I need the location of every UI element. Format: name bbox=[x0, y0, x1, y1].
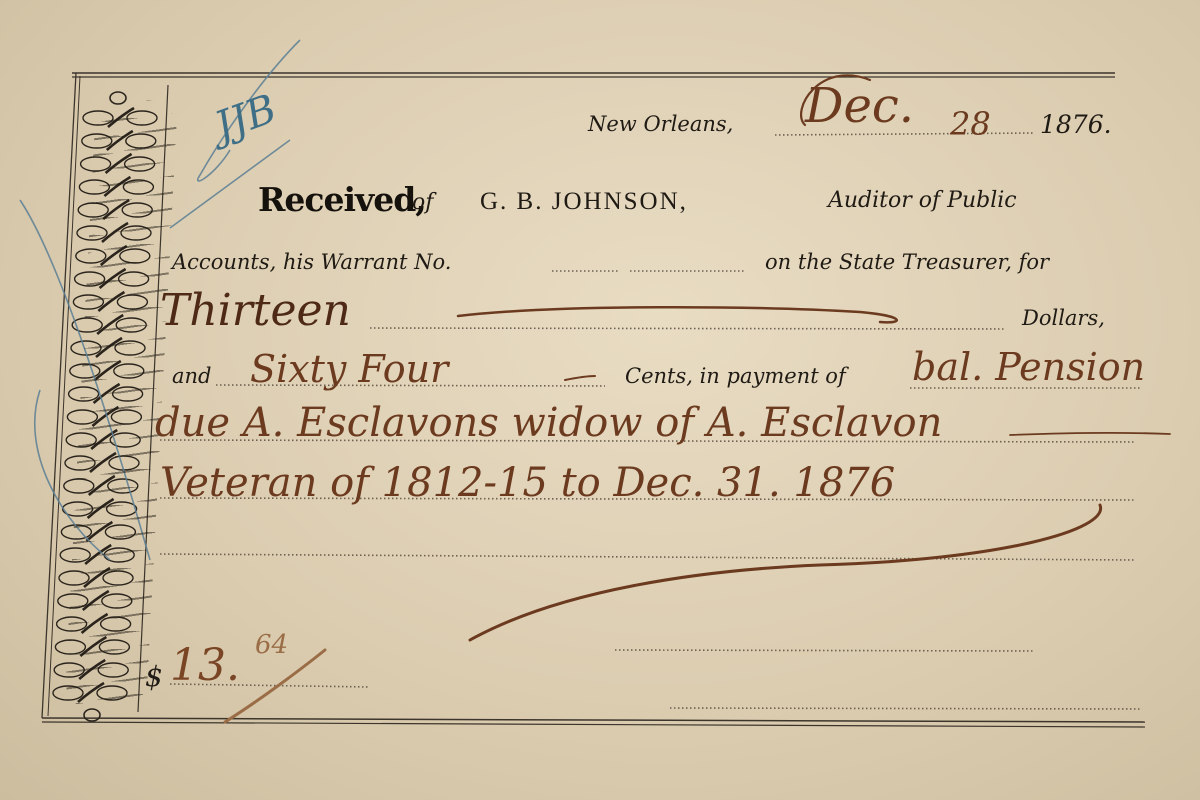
warrant-label: Accounts, his Warrant No. bbox=[172, 250, 451, 274]
payment-purpose-line1: bal. Pension bbox=[912, 345, 1145, 389]
cents-written: Sixty Four bbox=[250, 347, 448, 391]
date-year: 1876. bbox=[1040, 110, 1112, 139]
cents-label: Cents, in payment of bbox=[625, 364, 846, 388]
dollars-label: Dollars, bbox=[1022, 306, 1105, 330]
auditor-title: Auditor of Public bbox=[828, 188, 1017, 213]
amount-dollars: 13. bbox=[170, 640, 240, 691]
date-day: 28 bbox=[950, 105, 991, 143]
dollars-written: Thirteen bbox=[160, 285, 351, 336]
receipt-document: JJB New Orleans, Dec. 28 1876. Received,… bbox=[0, 0, 1200, 800]
payment-purpose-line2: due A. Esclavons widow of A. Esclavon bbox=[155, 400, 942, 446]
amount-cents: 64 bbox=[255, 630, 288, 660]
date-month: Dec. bbox=[805, 78, 914, 134]
dollar-sign: $ bbox=[145, 660, 163, 693]
of-label: of bbox=[412, 190, 433, 215]
received-heading: Received, bbox=[258, 180, 426, 219]
and-label: and bbox=[172, 364, 212, 388]
treasurer-label: on the State Treasurer, for bbox=[765, 250, 1049, 274]
place-label: New Orleans, bbox=[588, 112, 733, 136]
auditor-name: G. B. JOHNSON, bbox=[480, 188, 688, 216]
payment-purpose-line3: Veteran of 1812-15 to Dec. 31. 1876 bbox=[160, 460, 895, 506]
